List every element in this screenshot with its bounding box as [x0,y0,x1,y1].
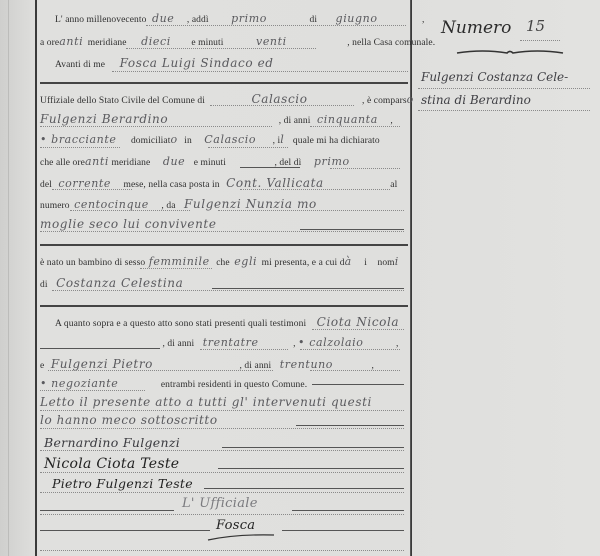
line-witnesses: A quanto sopra e a questo atto sono stat… [55,315,399,329]
handwritten-comune: Calascio [251,92,307,106]
print-text: numero [40,201,70,211]
handwritten-day: primo [231,12,267,25]
section-divider [40,82,408,84]
line-time: a oreanti meridiane dieci e minuti venti… [40,35,435,48]
print-text: di [40,280,48,290]
print-text: in [184,136,192,146]
handwritten-mother-name: Fulgenzi Nunzia mo [184,197,317,211]
handwritten-closing-2: lo hanno meco sottoscritto [40,413,218,427]
underline [40,492,404,493]
signature-official: Fosca [216,518,255,533]
underline [330,168,400,169]
print-text: e minuti [194,158,226,168]
print-text: nom [377,258,394,268]
print-text: , [293,339,295,349]
underline [48,370,273,371]
handwritten-suffix: i [395,255,399,268]
print-text: è nato un bambino di sesso [40,258,145,268]
signature-line [292,510,404,511]
line-official: Uffiziale dello Stato Civile del Comune … [40,92,414,106]
handwritten-witness-1-name: Ciota Nicola [317,315,400,329]
line-residents: • negoziante entrambi residenti in quest… [40,377,307,390]
underline [200,349,288,350]
underline [52,290,404,291]
handwritten-declarant-age: cinquanta [317,113,378,126]
line-wife: moglie seco lui convivente [40,217,217,231]
print-text: , [396,339,398,349]
fill-line [212,288,404,289]
underline [300,349,400,350]
binding-gutter-line [8,0,9,556]
handwritten-presenter: egli [234,255,257,268]
line-declarant: Fulgenzi Berardino , di anni cinquanta , [40,112,393,126]
print-text: L' anno millenovecento [55,15,147,25]
print-text: e minuti [191,38,223,48]
underline [218,210,404,211]
underline [40,231,404,232]
print-text: Avanti di me [55,60,105,70]
handwritten-domicile: Calascio [204,133,256,146]
side-name-line-2: stina di Berardino [421,93,531,107]
print-text: entrambi residenti in questo Comune. [161,380,307,390]
print-text: , addì [187,15,209,25]
underline [40,410,404,411]
signature-line [40,530,210,531]
signature-witness-2: Pietro Fulgenzi Teste [52,476,193,491]
underline [40,126,272,127]
print-text: a ore [40,38,59,48]
underline [126,48,316,49]
signature-line [218,468,404,469]
handwritten-ante: anti [59,35,83,48]
underline [70,210,190,211]
handwritten-witness-2-profession: • negoziante [40,377,118,390]
section-divider [40,305,408,307]
underline [312,329,404,330]
line-witness-1-age: , di anni trentatre , • calzolaio , [40,336,398,349]
section-divider [40,244,408,246]
underline [310,370,400,371]
side-underline-1 [418,88,590,89]
line-child-name: di Costanza Celestina [40,276,183,290]
print-text: , nella Casa comunale. [347,38,435,48]
blank-fill-line [40,339,160,349]
handwritten-month: giugno [336,12,378,25]
handwritten-hour: dieci [141,35,171,48]
line-child-sex: è nato un bambino di sesso femminile che… [40,255,399,268]
print-text: di [309,15,317,25]
print-text: i [364,258,367,268]
underline [40,147,120,148]
handwritten-address: Cont. Vallicata [226,176,324,190]
line-year: L' anno millenovecento due , addì primo … [55,12,425,25]
signature-line [282,530,404,531]
print-text: , di anni [162,339,194,349]
line-house: del corrente mese, nella casa posta in C… [40,176,397,190]
handwritten-child-name: Costanza Celestina [56,276,183,290]
print-text: meridiane [111,158,150,168]
official-label: L' Ufficiale [182,496,258,511]
handwritten-suffix: à [345,255,352,268]
blank-minutes-line [240,167,300,168]
print-text: mese, nella casa posta in [124,180,220,190]
signature-line [222,447,404,448]
handwritten-wife-cohabiting: moglie seco lui convivente [40,217,217,231]
print-text: che [216,258,229,268]
print-text: e [40,361,44,371]
numero-underline [520,40,560,41]
print-text: Uffiziale dello Stato Civile del Comune … [40,96,205,106]
handwritten-birth-day: primo [314,155,350,168]
document-page: Numero 15 Fulgenzi Costanza Cele- stina … [0,0,600,556]
side-name-line-1: Fulgenzi Costanza Cele- [421,70,568,84]
underline [208,147,288,148]
underline [40,514,404,515]
print-text: quale mi ha dichiarato [293,136,380,146]
signature-line [204,488,404,489]
print-text: che alle ore [40,158,85,168]
handwritten-sex: femminile [149,255,210,268]
numero-value: 15 [526,17,545,35]
handwritten-witness-1-age: trentatre [203,336,259,349]
print-text: meridiane [88,38,127,48]
flourish-ornament-icon [455,48,565,56]
handwritten-ante: anti [85,155,109,168]
signature-flourish-icon [206,532,276,542]
print-text: domiciliat [131,136,171,146]
print-text: , di anni [279,116,311,126]
underline [140,268,212,269]
side-underline-2 [418,110,590,111]
print-text: del [40,180,52,190]
handwritten-suffix: o [170,133,177,146]
line-read-act: Letto il presente atto a tutti gl' inter… [40,395,372,409]
signature-witness-1: Nicola Ciota Teste [44,456,179,472]
handwritten-mayor: Fosca Luigi Sindaco ed [120,56,274,70]
line-before-me: Avanti di me Fosca Luigi Sindaco ed [55,56,274,70]
handwritten-suffix: l [280,133,284,146]
underline [52,189,132,190]
print-text: A quanto sopra e a questo atto sono stat… [55,319,306,329]
print-text: mi presenta, e a cui d [262,258,345,268]
underline [40,472,404,473]
print-text: al [390,180,397,190]
line-signed: lo hanno meco sottoscritto [40,413,218,427]
underline [40,550,404,551]
line-birth-time: che alle oreanti meridiane due e minuti … [40,155,350,168]
handwritten-witness-2-name: Fulgenzi Pietro [51,357,153,371]
handwritten-year: due [152,12,174,25]
fill-line [296,425,404,426]
print-text: , è compars [362,96,407,106]
print-text: , [422,15,424,25]
line-witness-2: e Fulgenzi Pietro , di anni trentuno , [40,357,374,371]
handwritten-witness-1-profession: • calzolaio [298,336,363,349]
underline [40,390,145,391]
signature-line [40,510,174,511]
handwritten-declarant-name: Fulgenzi Berardino [40,112,168,126]
handwritten-suffix: o [407,93,414,106]
underline [210,105,354,106]
handwritten-birth-hour: due [163,155,185,168]
underline [112,71,408,72]
fill-line [312,384,404,385]
underline [40,450,404,451]
fill-line [300,229,404,230]
signature-declarant: Bernardino Fulgenzi [44,435,180,450]
underline [240,189,390,190]
numero-label: Numero [441,18,511,38]
underline [146,25,406,26]
underline [310,126,400,127]
handwritten-minutes: venti [256,35,287,48]
handwritten-closing-1: Letto il presente atto a tutti gl' inter… [40,395,372,409]
underline [40,428,404,429]
handwritten-profession: • bracciante [40,133,116,146]
line-number: numero centocinque , da Fulgenzi Nunzia … [40,197,317,211]
line-domicile: • bracciante domiciliato in Calascio , i… [40,133,380,146]
print-text: , [390,116,392,126]
